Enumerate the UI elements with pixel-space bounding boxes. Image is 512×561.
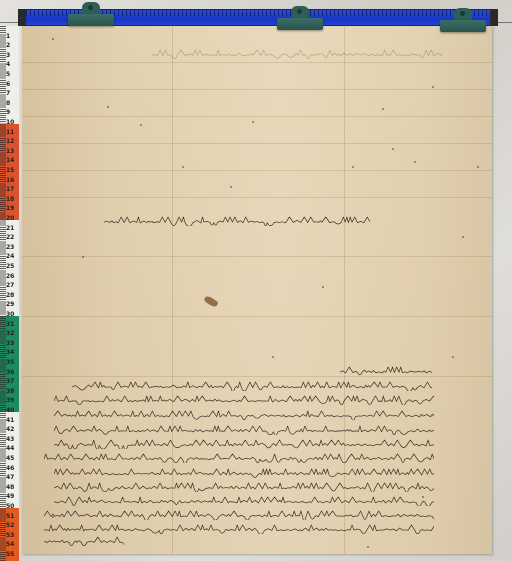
body-script-line: [54, 439, 434, 449]
ruler-label: 8: [6, 101, 10, 107]
ruler-label: 3: [6, 53, 10, 59]
fold-crease: [22, 62, 492, 63]
ruler-label: 22: [6, 235, 14, 241]
fold-crease: [22, 197, 492, 198]
binder-clip-center: [277, 6, 323, 32]
body-script-line: [54, 395, 434, 405]
ruler-label: 51: [6, 514, 14, 520]
ruler-label: 23: [6, 245, 14, 251]
paper-speck: [272, 356, 274, 358]
paper-speck: [182, 166, 184, 168]
fold-crease: [22, 170, 492, 171]
paper-speck: [367, 546, 369, 548]
script-stroke: [44, 510, 434, 520]
ruler-label: 45: [6, 456, 14, 462]
paper-speck: [322, 286, 324, 288]
ruler-label: 46: [6, 466, 14, 472]
fold-crease: [22, 116, 492, 117]
body-script-line: [44, 510, 434, 520]
ruler-label: 2: [6, 43, 10, 49]
manuscript-paper: [22, 26, 492, 554]
left-ruler: 1234567891011121314151617181920212223242…: [0, 26, 19, 561]
script-stroke: [340, 366, 432, 376]
ruler-label: 48: [6, 485, 14, 491]
fold-crease: [22, 376, 492, 377]
binder-clip-left: [68, 2, 114, 28]
ruler-label: 16: [6, 178, 14, 184]
paper-speck: [477, 166, 479, 168]
ruler-label: 38: [6, 389, 14, 395]
paper-speck: [422, 496, 424, 498]
body-script-line: [54, 468, 434, 478]
ruler-label: 5: [6, 72, 10, 78]
ruler-label: 24: [6, 254, 14, 260]
ruler-label: 53: [6, 533, 14, 539]
ruler-label: 9: [6, 110, 10, 116]
paper-speck: [52, 516, 54, 518]
ruler-label: 30: [6, 312, 14, 318]
ruler-label: 21: [6, 226, 14, 232]
ruler-label: 34: [6, 350, 14, 356]
ruler-label: 18: [6, 197, 14, 203]
body-script-line: [54, 496, 434, 506]
ruler-label: 32: [6, 331, 14, 337]
script-stroke: [44, 524, 434, 534]
script-stroke: [54, 395, 434, 405]
script-stroke: [54, 468, 434, 478]
ruler-label: 4: [6, 62, 10, 68]
binder-clip-right: [440, 8, 486, 34]
ruler-label: 6: [6, 82, 10, 88]
paper-speck: [462, 236, 464, 238]
ruler-label: 47: [6, 475, 14, 481]
ruler-label: 1: [6, 34, 10, 40]
ruler-label: 19: [6, 206, 14, 212]
paper-speck: [107, 106, 109, 108]
paper-speck: [140, 124, 142, 126]
ruler-label: 36: [6, 370, 14, 376]
opening-script-line: [340, 366, 432, 376]
heading-script-line: [104, 216, 370, 226]
stain: [203, 295, 218, 309]
ruler-label: 26: [6, 274, 14, 280]
ruler-label: 42: [6, 427, 14, 433]
paper-speck: [82, 256, 84, 258]
paper-speck: [230, 186, 232, 188]
ruler-label: 37: [6, 379, 14, 385]
ruler-label: 43: [6, 437, 14, 443]
script-stroke: [72, 381, 432, 391]
ruler-label: 29: [6, 302, 14, 308]
ruler-label: 35: [6, 360, 14, 366]
body-script-line: [72, 381, 432, 391]
paper-speck: [352, 166, 354, 168]
paper-speck: [252, 121, 254, 123]
ruler-label: 15: [6, 168, 14, 174]
body-script-line: [54, 425, 434, 435]
tape-end-right: [490, 10, 498, 25]
ruler-label: 28: [6, 293, 14, 299]
ruler-label: 54: [6, 542, 14, 548]
script-stroke: [44, 453, 434, 463]
ruler-label: 40: [6, 408, 14, 414]
script-stroke: [54, 410, 434, 420]
ruler-label: 52: [6, 523, 14, 529]
faint-script-line: [152, 49, 442, 59]
script-stroke: [54, 496, 434, 506]
paper-speck: [452, 356, 454, 358]
fold-crease: [22, 316, 492, 317]
script-stroke: [104, 216, 370, 226]
ruler-label: 33: [6, 341, 14, 347]
ruler-label: 44: [6, 446, 14, 452]
ruler-label: 27: [6, 283, 14, 289]
ruler-label: 49: [6, 494, 14, 500]
ruler-label: 25: [6, 264, 14, 270]
ruler-label: 55: [6, 552, 14, 558]
ruler-label: 17: [6, 187, 14, 193]
body-script-line: [44, 453, 434, 463]
fold-crease: [22, 143, 492, 144]
closing-signature-line: [44, 536, 124, 546]
script-stroke: [54, 482, 434, 492]
script-stroke: [54, 439, 434, 449]
fold-crease: [22, 256, 492, 257]
ruler-label: 11: [6, 130, 14, 136]
ruler-label: 41: [6, 418, 14, 424]
ruler-label: 12: [6, 139, 14, 145]
paper-speck: [414, 161, 416, 163]
body-script-line: [54, 410, 434, 420]
ruler-label: 31: [6, 322, 14, 328]
tape-end-left: [18, 10, 26, 25]
paper-speck: [382, 108, 384, 110]
script-stroke: [152, 49, 442, 59]
paper-speck: [52, 38, 54, 40]
ruler-label: 10: [6, 120, 14, 126]
paper-speck: [432, 86, 434, 88]
script-stroke: [54, 425, 434, 435]
ruler-label: 50: [6, 504, 14, 510]
body-script-line: [44, 524, 434, 534]
ruler-label: 14: [6, 158, 14, 164]
ruler-label: 20: [6, 216, 14, 222]
script-stroke: [44, 536, 124, 546]
paper-speck: [392, 148, 394, 150]
body-script-line: [54, 482, 434, 492]
ruler-label: 13: [6, 149, 14, 155]
fold-crease: [22, 89, 492, 90]
ruler-label: 7: [6, 91, 10, 97]
ruler-label: 39: [6, 398, 14, 404]
